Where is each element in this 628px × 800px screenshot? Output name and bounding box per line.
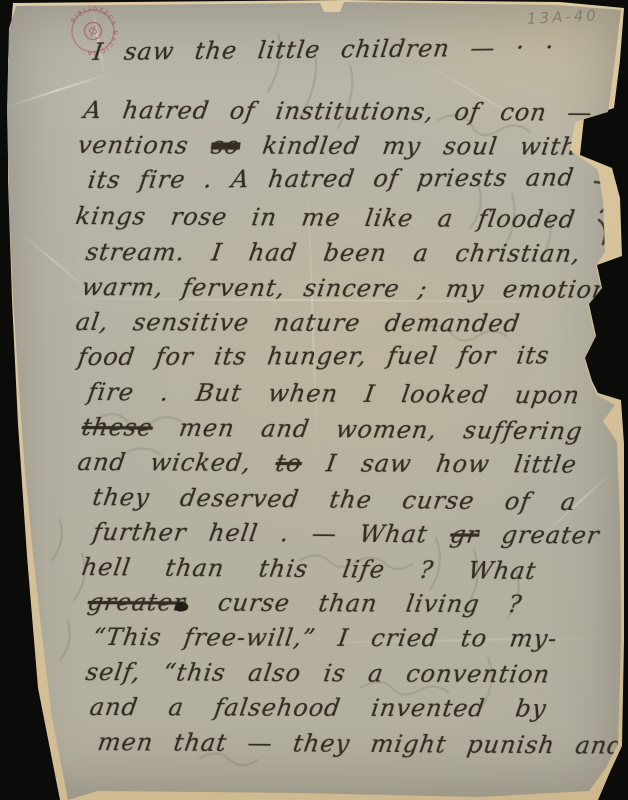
manuscript-text: and wicked,: [76, 448, 278, 477]
manuscript-text: I saw how little: [300, 449, 579, 478]
manuscript-text: fire . But when I looked upon: [86, 378, 582, 409]
manuscript-line: stream. I had been a christian,: [84, 238, 583, 268]
manuscript-line: they deserved the curse of a: [91, 483, 579, 516]
manuscript-text: men that — they might punish and: [96, 728, 626, 760]
manuscript-line: and a falsehood invented by: [88, 693, 549, 723]
manuscript-line: hell than this life ? What: [80, 553, 539, 585]
manuscript-text: and a falsehood invented by: [88, 693, 549, 723]
manuscript-line: men that — they might punish and: [96, 728, 626, 760]
manuscript-text: kings rose in me like a flooded: [74, 202, 578, 233]
manuscript-text: A hatred of institutions, of con —: [82, 96, 595, 127]
manuscript-text: ventions: [76, 131, 213, 159]
manuscript-line: food for its hunger, fuel for its: [76, 341, 551, 371]
manuscript-text: men and women, suffering: [151, 414, 585, 446]
manuscript-text: “This free-will,” I cried to my-: [91, 623, 559, 653]
stamp-emblem-detail: [87, 24, 99, 38]
manuscript-line: fire . But when I looked upon: [86, 378, 582, 409]
manuscript-line: these men and women, suffering: [80, 413, 585, 445]
manuscript-line: I saw the little children — · ·: [91, 33, 556, 66]
manuscript-page: BIBLIOTECA NACIONAL 13A-40 I saw the lit…: [0, 0, 628, 800]
manuscript-text: hell than this life ? What: [80, 553, 539, 585]
manuscript-line: self, “this also is a convention: [84, 658, 552, 688]
manuscript-line: warm, fervent, sincere ; my emotion-: [80, 273, 620, 304]
manuscript-line: al, sensitive nature demanded: [74, 308, 522, 338]
manuscript-line: A hatred of institutions, of con —: [82, 96, 595, 127]
manuscript-text: stream. I had been a christian,: [84, 238, 583, 268]
struck-word: gr: [448, 520, 481, 548]
manuscript-text: further hell . — What: [91, 518, 453, 548]
manuscript-line: greater curse than living ?: [86, 588, 524, 618]
manuscript-text: food for its hunger, fuel for its: [76, 341, 551, 371]
struck-word: these: [80, 413, 155, 442]
catalog-number: 13A-40: [527, 6, 600, 28]
manuscript-text: they deserved the curse of a: [91, 483, 579, 516]
manuscript-line: “This free-will,” I cried to my-: [91, 623, 559, 653]
manuscript-line: further hell . — What gr greater: [91, 518, 602, 550]
manuscript-line: its fire . A hatred of priests and: [86, 163, 576, 194]
manuscript-text: greater: [477, 521, 601, 550]
manuscript-text: I saw the little children — · ·: [91, 33, 556, 66]
manuscript-text: self, “this also is a convention: [84, 658, 552, 688]
manuscript-line: ventions so kindled my soul with: [76, 131, 580, 161]
manuscript-text: kindled my soul with: [238, 132, 579, 161]
struck-word: so: [209, 131, 242, 159]
struck-word: greater: [86, 588, 188, 616]
manuscript-line: and wicked, to I saw how little: [76, 448, 579, 479]
manuscript-text: curse than living ?: [188, 589, 525, 619]
scan-background: BIBLIOTECA NACIONAL 13A-40 I saw the lit…: [0, 0, 628, 800]
manuscript-text: al, sensitive nature demanded: [74, 308, 522, 338]
ink-blot: [174, 602, 188, 611]
manuscript-text: its fire . A hatred of priests and: [86, 163, 576, 194]
manuscript-text: warm, fervent, sincere ; my emotion-: [80, 273, 620, 304]
bleedthrough-scrawl: [52, 520, 85, 660]
manuscript-line: kings rose in me like a flooded: [74, 202, 578, 233]
